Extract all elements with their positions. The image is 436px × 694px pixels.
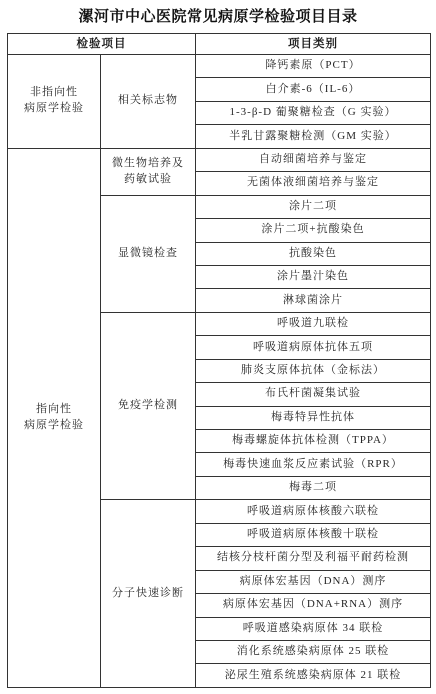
test-item-cell: 呼吸道病原体核酸十联检: [196, 523, 431, 546]
test-item-cell: 呼吸道病原体核酸六联检: [196, 500, 431, 523]
test-item-cell: 涂片二项: [196, 195, 431, 218]
test-item-cell: 梅毒二项: [196, 476, 431, 499]
group-cell-microscopy: 显微镜检查: [101, 195, 196, 312]
table-row: 非指向性 病原学检验 相关标志物 降钙素原（PCT）: [8, 55, 431, 78]
test-item-cell: 肺炎支原体抗体（金标法）: [196, 359, 431, 382]
test-item-cell: 梅毒螺旋体抗体检测（TPPA）: [196, 430, 431, 453]
header-tests: 检验项目: [8, 34, 196, 55]
test-item-cell: 涂片二项+抗酸染色: [196, 219, 431, 242]
test-item-cell: 1-3-β-D 葡聚糖检查（G 实验）: [196, 101, 431, 124]
test-item-cell: 白介素-6（IL-6）: [196, 78, 431, 101]
test-item-cell: 淋球菌涂片: [196, 289, 431, 312]
page-title: 漯河市中心医院常见病原学检验项目目录: [0, 5, 436, 26]
test-item-cell: 结核分枝杆菌分型及利福平耐药检测: [196, 547, 431, 570]
header-category: 项目类别: [196, 34, 431, 55]
test-item-cell: 降钙素原（PCT）: [196, 55, 431, 78]
group-cell-molecular: 分子快速诊断: [101, 500, 196, 688]
test-item-cell: 呼吸道病原体抗体五项: [196, 336, 431, 359]
test-item-cell: 梅毒快速血浆反应素试验（RPR）: [196, 453, 431, 476]
group-cell-culture: 微生物培养及药敏试验: [101, 148, 196, 195]
test-item-cell: 自动细菌培养与鉴定: [196, 148, 431, 171]
test-item-cell: 涂片墨汁染色: [196, 265, 431, 288]
test-item-cell: 布氏杆菌凝集试验: [196, 383, 431, 406]
test-item-cell: 呼吸道感染病原体 34 联检: [196, 617, 431, 640]
group-cell-markers: 相关标志物: [101, 55, 196, 149]
test-item-cell: 梅毒特异性抗体: [196, 406, 431, 429]
table-row: 指向性 病原学检验 微生物培养及药敏试验 自动细菌培养与鉴定: [8, 148, 431, 171]
test-item-cell: 无菌体液细菌培养与鉴定: [196, 172, 431, 195]
test-item-cell: 呼吸道九联检: [196, 312, 431, 335]
category-cell-directional: 指向性 病原学检验: [8, 148, 101, 687]
test-item-cell: 病原体宏基因（DNA）测序: [196, 570, 431, 593]
test-item-cell: 抗酸染色: [196, 242, 431, 265]
header-row: 检验项目 项目类别: [8, 34, 431, 55]
test-item-cell: 病原体宏基因（DNA+RNA）测序: [196, 594, 431, 617]
category-cell-nondirectional: 非指向性 病原学检验: [8, 55, 101, 149]
test-item-cell: 半乳甘露聚糖检测（GM 实验）: [196, 125, 431, 148]
test-item-cell: 消化系统感染病原体 25 联检: [196, 640, 431, 663]
group-cell-immunology: 免疫学检测: [101, 312, 196, 500]
test-item-cell: 泌尿生殖系统感染病原体 21 联检: [196, 664, 431, 688]
catalog-table: 检验项目 项目类别 非指向性 病原学检验 相关标志物 降钙素原（PCT） 白介素…: [7, 33, 431, 688]
